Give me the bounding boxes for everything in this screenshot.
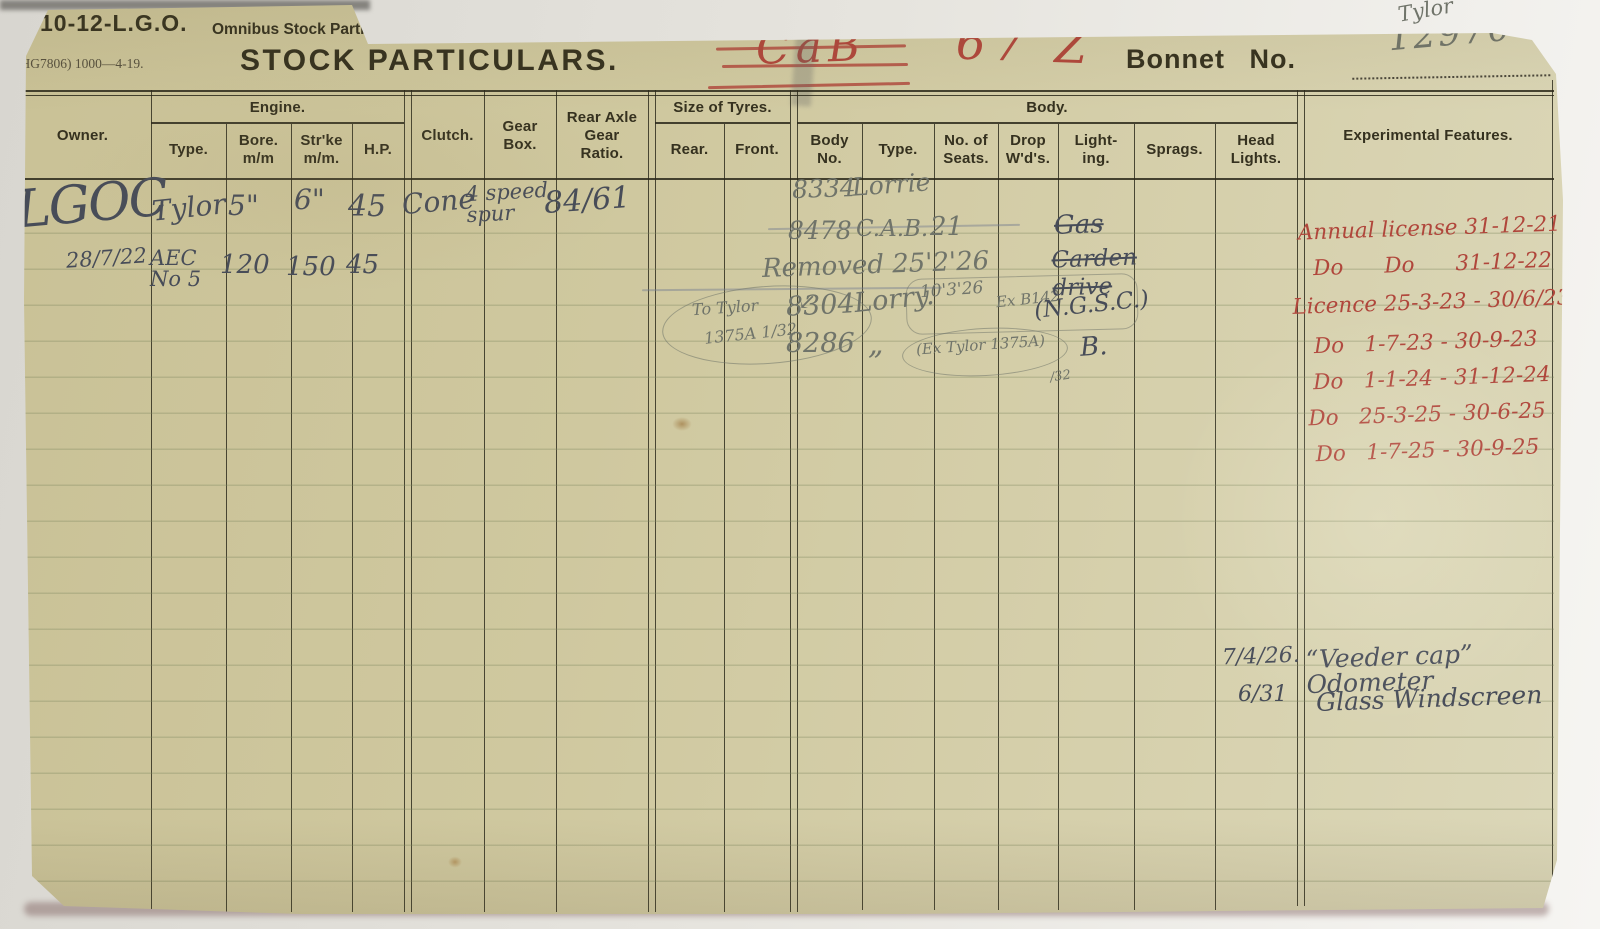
hp-entry-1: 45 — [348, 192, 386, 222]
col-rear-axle-header: Rear Axle Gear Ratio. — [556, 94, 648, 178]
transfer-arrow-icon: ↙ — [798, 292, 816, 314]
licence-line: Annual license 31-12-21 — [1298, 214, 1562, 245]
col-sprags-header: Sprags. — [1134, 122, 1215, 178]
col-experimental-header: Experimental Features. — [1304, 94, 1552, 178]
col-drop-windows-header: Drop W'd's. — [998, 122, 1058, 178]
licence-line: Do 25-3-25 - 30-6-25 — [1308, 400, 1546, 430]
licence-line: Licence 25-3-23 - 30/6/23 — [1292, 287, 1571, 318]
body-type-entry-4: „ — [868, 330, 884, 360]
body-no-entry-1: 8334 — [792, 175, 856, 202]
gearbox-entry: 4 speed spur — [465, 180, 550, 226]
col-lighting-header: Light- ing. — [1058, 122, 1134, 178]
col-clutch-header: Clutch. — [411, 94, 484, 178]
col-bore-header: Bore. m/m — [226, 122, 291, 178]
col-tyre-front-header: Front. — [724, 122, 790, 178]
body-type-entry-1: Lorrie — [851, 169, 931, 199]
photo-backdrop: 10-12-L.G.O. Omnibus Stock Particulars C… — [0, 0, 1600, 929]
col-body-group-header: Body. — [797, 94, 1297, 122]
stroke-entry-1: 6" — [294, 186, 325, 214]
body-ex-frac-entry: /32 — [1049, 369, 1072, 385]
col-hp-header: H.P. — [352, 122, 404, 178]
transfer-note-line-1: To Tylor — [692, 298, 759, 319]
col-engine-group-header: Engine. — [151, 94, 404, 122]
licence-line: Do 1-1-24 - 31-12-24 — [1313, 364, 1551, 394]
stroke-entry-2: 150 — [286, 254, 336, 280]
bore-entry-2: 120 — [220, 252, 270, 278]
licence-line: Do Do 31-12-22 — [1313, 250, 1553, 280]
body-no-entry-2: 8478 — [788, 218, 852, 243]
axle-ratio-entry: 84/61 — [543, 183, 631, 219]
bore-entry-1: 5" — [228, 192, 259, 220]
col-tyres-group-header: Size of Tyres. — [655, 94, 790, 122]
row-divider — [12, 178, 1554, 180]
row-divider — [12, 90, 1554, 92]
headlight-date-entry-2: 6/31 — [1238, 684, 1287, 706]
engine-type-entry-2: AEC No 5 — [150, 248, 201, 290]
make-note: Tylor — [1397, 0, 1455, 26]
col-gearbox-header: Gear Box. — [484, 94, 556, 178]
seats-entry-2: 21 — [930, 214, 963, 240]
headlight-date-entry-1: 7/4/26. — [1222, 645, 1301, 670]
licence-notes: Annual license 31-12-21 Do Do 31-12-22 L… — [1289, 203, 1579, 493]
col-tyre-rear-header: Rear. — [655, 122, 724, 178]
col-head-lights-header: Head Lights. — [1215, 122, 1297, 178]
hp-entry-2: 45 — [346, 252, 379, 278]
lighting-b-entry: B. — [1079, 333, 1108, 361]
body-type-entry-2: C.A.B. — [856, 218, 928, 241]
col-body-no-header: Body No. — [797, 122, 862, 178]
owner-entry: LGOC — [14, 172, 168, 237]
column-divider — [14, 90, 15, 912]
experimental-entry-2: Glass Windscreen — [1316, 682, 1543, 715]
col-seats-header: No. of Seats. — [934, 122, 998, 178]
owner-date-entry: 28/7/22 — [65, 245, 147, 272]
licence-line: Do 1-7-25 - 30-9-25 — [1315, 436, 1539, 465]
col-stroke-header: Str'ke m/m. — [291, 122, 352, 178]
engine-type-entry-1: Tylor — [151, 190, 227, 226]
lighting-gas-entry: Gas — [1054, 211, 1105, 239]
stock-card: 10-12-L.G.O. Omnibus Stock Particulars C… — [0, 0, 1600, 929]
col-owner-header: Owner. — [14, 94, 151, 178]
licence-line: Do 1-7-23 - 30-9-23 — [1314, 328, 1538, 357]
